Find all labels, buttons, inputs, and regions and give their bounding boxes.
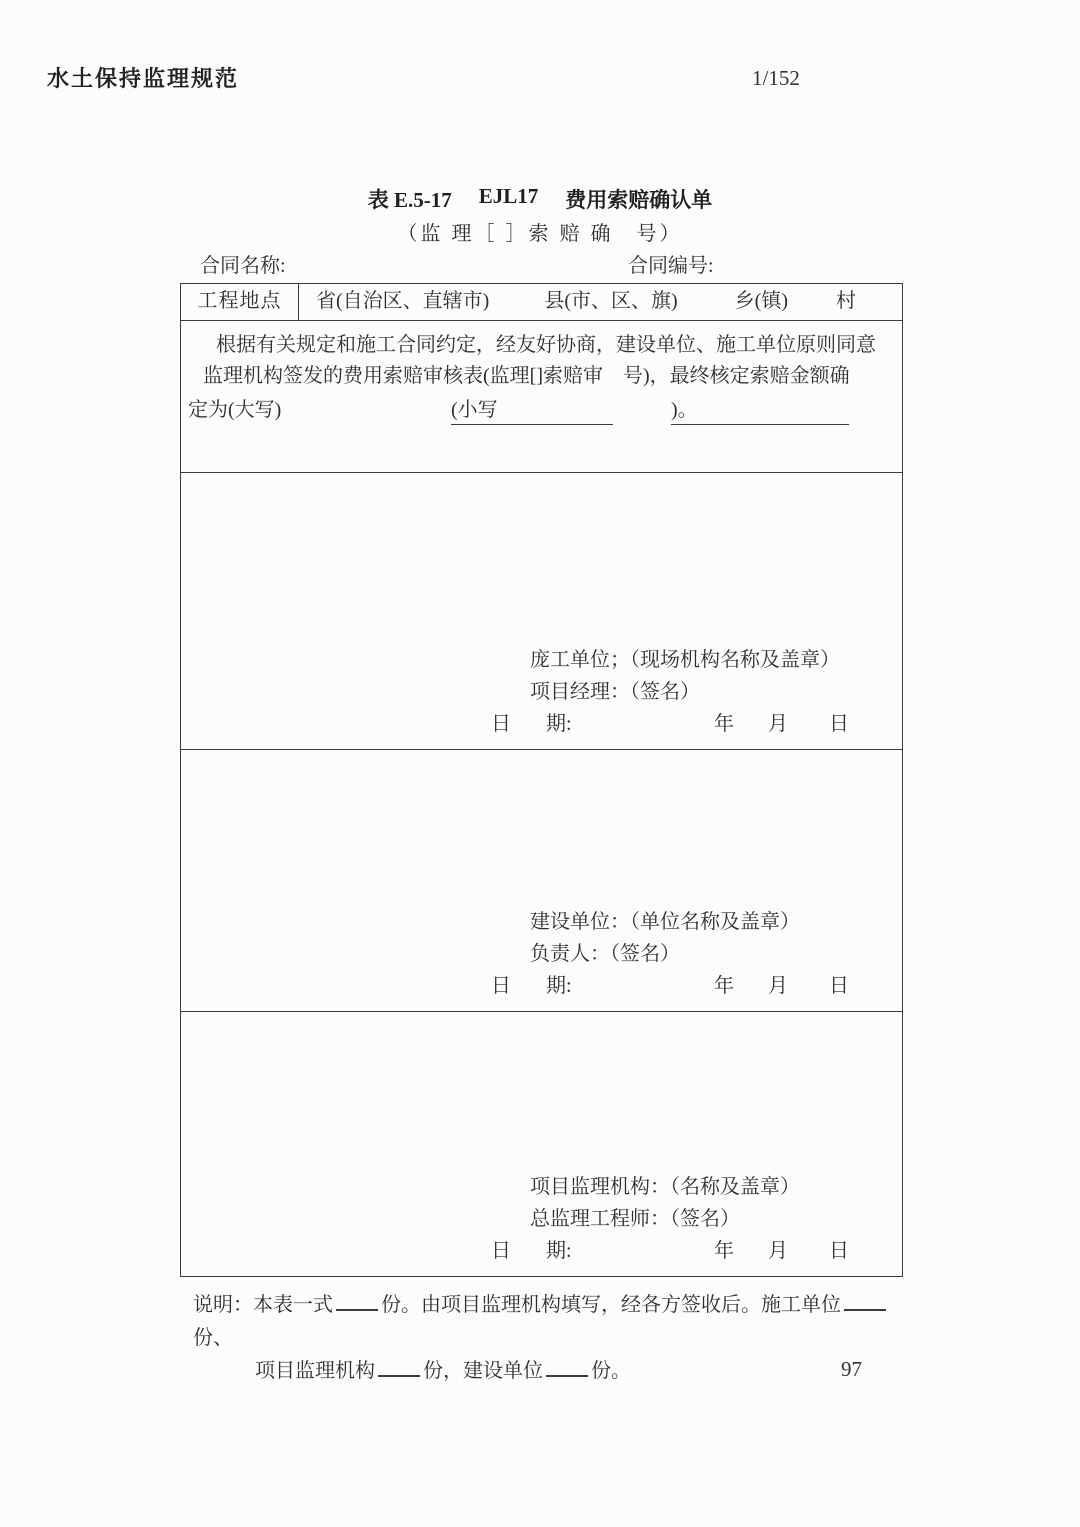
location-village: 村 (836, 290, 856, 312)
month-label: 月 (768, 1235, 788, 1267)
supervisor-person-line: 总监理工程师：（签名） (530, 1203, 902, 1235)
note-text: 份，建设单位 (423, 1360, 543, 1382)
location-county: 县(市、区、旗) (544, 290, 677, 312)
page-indicator: 1/152 (752, 66, 800, 91)
form-table: 工程地点 省(自治区、直辖市) 县(市、区、旗) 乡(镇) 村 根据有关规定和施… (180, 283, 903, 1277)
date-label: 日 (491, 708, 511, 740)
owner-sign-block: 建设单位：（单位名称及盖章） 负责人：（签名） 日 期: 年 月 日 (181, 749, 902, 1011)
agreement-line-2: 监理机构签发的费用索赔审核表(监理[]索赔审 号)，最终核定索赔金额确 (181, 361, 902, 392)
copies-blank (336, 1295, 378, 1311)
day-label: 日 (829, 708, 849, 740)
contract-number-label: 合同编号: (628, 249, 714, 278)
note-label: 说明： (193, 1294, 253, 1316)
contractor-org-line: 庞工单位；（现场机构名称及盖章） (530, 644, 902, 676)
owner-signature-area: 建设单位：（单位名称及盖章） 负责人：（签名） 日 期: 年 月 日 (181, 906, 902, 1002)
owner-copies-blank (546, 1361, 588, 1377)
supervisor-org-line: 项目监理机构：（名称及盖章） (530, 1171, 902, 1203)
owner-org-line: 建设单位：（单位名称及盖章） (530, 906, 902, 938)
note-text: 本表一式 (253, 1294, 333, 1316)
note-text: 份、 (193, 1327, 233, 1349)
form-note: 说明：本表一式份。由项目监理机构填写，经各方签收后。施工单位份、 项目监理机构份… (193, 1289, 923, 1388)
contractor-signature-area: 庞工单位；（现场机构名称及盖章） 项目经理：（签名） 日 期: 年 月 日 (181, 644, 902, 740)
location-row: 工程地点 省(自治区、直辖市) 县(市、区、旗) 乡(镇) 村 (181, 284, 902, 320)
year-label: 年 (714, 970, 734, 1002)
month-label: 月 (768, 970, 788, 1002)
date-colon-label: 期: (546, 1235, 572, 1267)
contractor-person-line: 项目经理：（签名） (530, 676, 902, 708)
contract-name-label: 合同名称: (200, 249, 286, 278)
amount-close-blank: )。 (671, 395, 849, 425)
form-name: 费用索赔确认单 (565, 184, 712, 214)
owner-person-line: 负责人：（签名） (530, 938, 902, 970)
form-subtitle: （监 理［ ］索 赔 确 号） (0, 217, 1080, 246)
amount-uppercase-label: 定为(大写) (188, 395, 281, 426)
date-label: 日 (491, 970, 511, 1002)
note-line-2: 项目监理机构份，建设单位份。 (193, 1355, 923, 1388)
date-colon-label: 期: (546, 708, 572, 740)
doc-header-title: 水土保持监理规范 (47, 62, 239, 93)
location-province: 省(自治区、直辖市) (316, 290, 489, 312)
contract-row: 合同名称: 合同编号: (0, 249, 1080, 275)
day-label: 日 (829, 970, 849, 1002)
date-label: 日 (491, 1235, 511, 1267)
contractor-copies-blank (844, 1295, 886, 1311)
agreement-row: 根据有关规定和施工合同约定，经友好协商，建设单位、施工单位原则同意 监理机构签发… (181, 320, 902, 472)
form-code: EJL17 (479, 184, 539, 214)
date-colon-label: 期: (546, 970, 572, 1002)
contractor-sign-block: 庞工单位；（现场机构名称及盖章） 项目经理：（签名） 日 期: 年 月 日 (181, 472, 902, 749)
month-label: 月 (768, 708, 788, 740)
supervisor-sign-block: 项目监理机构：（名称及盖章） 总监理工程师：（签名） 日 期: 年 月 日 (181, 1011, 902, 1276)
agreement-line-1: 根据有关规定和施工合同约定，经友好协商，建设单位、施工单位原则同意 (181, 330, 902, 361)
form-table-number: 表 E.5-17 (368, 184, 452, 214)
year-label: 年 (714, 708, 734, 740)
location-label: 工程地点 (181, 284, 299, 320)
note-text: 份。由项目监理机构填写，经各方签收后。施工单位 (381, 1294, 841, 1316)
note-line-1: 说明：本表一式份。由项目监理机构填写，经各方签收后。施工单位份、 (193, 1289, 923, 1355)
supervisor-signature-area: 项目监理机构：（名称及盖章） 总监理工程师：（签名） 日 期: 年 月 日 (181, 1171, 902, 1267)
form-title: 表 E.5-17 EJL17 费用索赔确认单 (0, 184, 1080, 214)
location-town: 乡(镇) (735, 290, 788, 312)
note-text: 份。 (591, 1360, 631, 1382)
note-text: 项目监理机构 (255, 1360, 375, 1382)
owner-date-line: 日 期: 年 月 日 (181, 970, 902, 1002)
location-value: 省(自治区、直辖市) 县(市、区、旗) 乡(镇) 村 (299, 284, 902, 320)
supervisor-copies-blank (378, 1361, 420, 1377)
agreement-line-3: 定为(大写) (小写 )。 (181, 395, 902, 428)
amount-lowercase-blank: (小写 (451, 395, 613, 425)
year-label: 年 (714, 1235, 734, 1267)
day-label: 日 (829, 1235, 849, 1267)
contractor-date-line: 日 期: 年 月 日 (181, 708, 902, 740)
page-number: 97 (841, 1357, 862, 1382)
supervisor-date-line: 日 期: 年 月 日 (181, 1235, 902, 1267)
document-page: 水土保持监理规范 1/152 表 E.5-17 EJL17 费用索赔确认单 （监… (0, 0, 1080, 1527)
